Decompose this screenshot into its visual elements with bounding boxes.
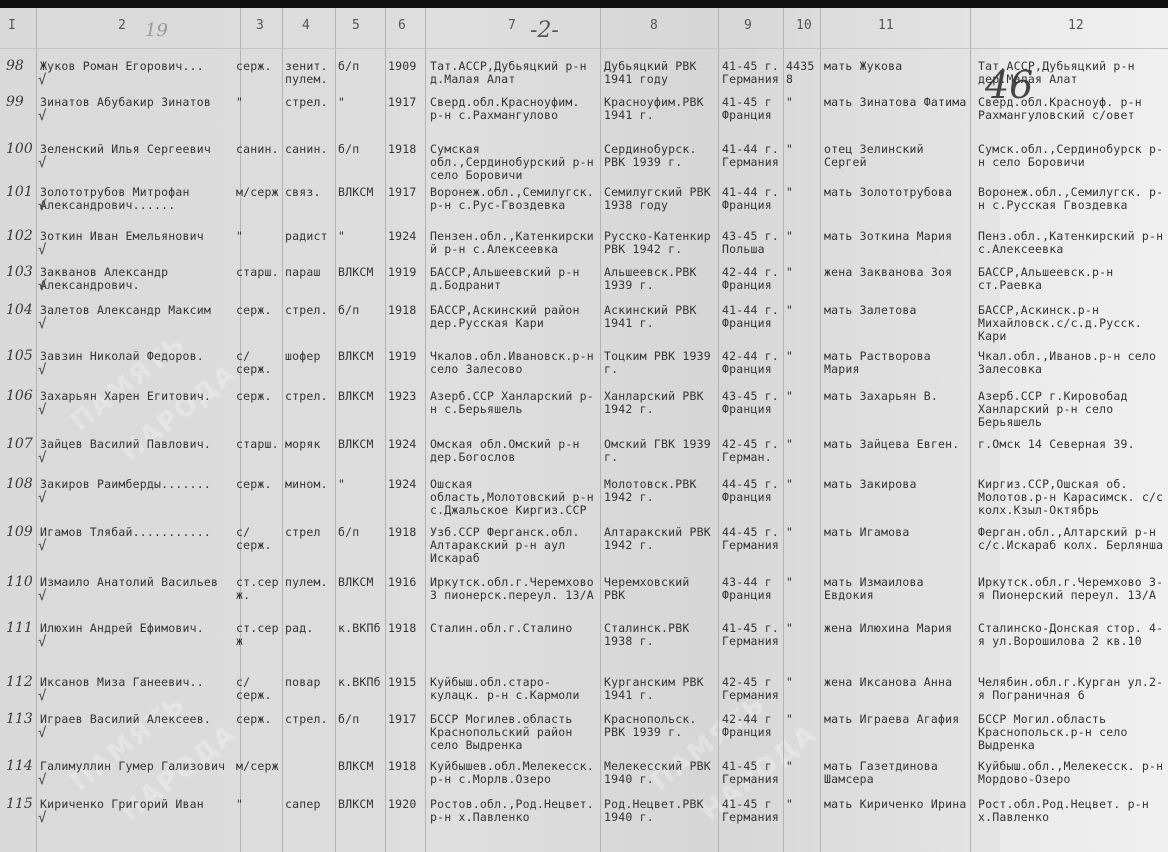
address-cell: Иркутск.обл.г.Черемхово 3-я Пионерский п… <box>978 576 1164 602</box>
birthplace-cell: Узб.ССР Ферганск.обл. Алтаракский р-н ау… <box>430 526 598 565</box>
relative-cell: отец Зелинский Сергей <box>824 143 970 169</box>
column10-cell: " <box>786 478 820 491</box>
rank-cell: ст.серж. <box>236 576 280 602</box>
relative-cell: мать Зинатова Фатима <box>824 96 970 109</box>
specialty-cell: стрел. <box>285 390 335 403</box>
draft-office-cell: Ханларский РВК 1942 г. <box>604 390 716 416</box>
draft-office-cell: Дубьяцкий РВК 1941 году <box>604 60 716 86</box>
name-cell: Залетов Александр Максим <box>40 304 230 317</box>
row-number: 106 <box>6 388 33 404</box>
column-number: 12 <box>1068 18 1084 33</box>
column-rule <box>718 8 719 852</box>
row-number: 113 <box>6 711 33 727</box>
birthplace-cell: Сталин.обл.г.Сталино <box>430 622 598 635</box>
address-cell: Сумск.обл.,Сердинобурск р-н село Борович… <box>978 143 1164 169</box>
relative-cell: жена Иксанова Анна <box>824 676 970 689</box>
name-cell: Зеленский Илья Сергеевич <box>40 143 230 156</box>
relative-cell: мать Захарьян В. <box>824 390 970 403</box>
rank-cell: ст.серж <box>236 622 280 648</box>
name-cell: Измаило Анатолий Васильев <box>40 576 230 589</box>
column10-cell: " <box>786 576 820 589</box>
name-cell: Играев Василий Алексеев. <box>40 713 230 726</box>
name-cell: Завзин Николай Федоров. <box>40 350 230 363</box>
party-cell: к.ВКПб <box>338 622 384 635</box>
draft-office-cell: Мелекесский РВК 1940 г. <box>604 760 716 786</box>
column-number: 5 <box>352 18 360 33</box>
draft-office-cell: Род.Нецвет.РВК 1940 г. <box>604 798 716 824</box>
draft-office-cell: Красноуфим.РВК 1941 г. <box>604 96 716 122</box>
column-rule <box>600 8 601 852</box>
party-cell: ВЛКСМ <box>338 438 384 451</box>
birthplace-cell: Сверд.обл.Красноуфим. р-н с.Рахмангулово <box>430 96 598 122</box>
specialty-cell: стрел <box>285 526 335 539</box>
name-cell: Захарьян Харен Егитович. <box>40 390 230 403</box>
address-cell: БАССР,Альшеевск.р-н ст.Раевка <box>978 266 1164 292</box>
column10-cell: " <box>786 526 820 539</box>
service-cell: 44-45 г. Франция <box>722 478 782 504</box>
party-cell: ВЛКСМ <box>338 576 384 589</box>
name-cell: Кириченко Григорий Иван <box>40 798 230 811</box>
draft-office-cell: Алтаракский РВК 1942 г. <box>604 526 716 552</box>
row-number: 100 <box>6 141 33 157</box>
column-rule <box>335 8 336 852</box>
address-cell: БАССР,Аскинск.р-н Михайловск.с/с.д.Русск… <box>978 304 1164 343</box>
service-cell: 43-45 г. Польша <box>722 230 782 256</box>
address-cell: Куйбыш.обл.,Мелекесск. р-н Мордово-Озеро <box>978 760 1164 786</box>
specialty-cell: шофер <box>285 350 335 363</box>
address-cell: г.Омск 14 Северная 39. <box>978 438 1164 451</box>
checkmark-icon: √ <box>38 108 46 124</box>
checkmark-icon: √ <box>38 772 46 788</box>
name-cell: Зинатов Абубакир Зинатов <box>40 96 230 109</box>
address-cell: Чкал.обл.,Иванов.р-н село Залесовка <box>978 350 1164 376</box>
party-cell: к.ВКПб <box>338 676 384 689</box>
relative-cell: мать Измаилова Евдокия <box>824 576 970 602</box>
relative-cell: мать Кириченко Ирина <box>824 798 970 811</box>
party-cell: " <box>338 230 384 243</box>
address-cell: Рост.обл.Род.Нецвет. р-н х.Павленко <box>978 798 1164 824</box>
service-cell: 44-45 г. Германия <box>722 526 782 552</box>
service-cell: 42-45 г Германия <box>722 676 782 702</box>
service-cell: 42-45 г. Герман. <box>722 438 782 464</box>
birth-year-cell: 1916 <box>388 576 424 589</box>
column10-cell: " <box>786 676 820 689</box>
rank-cell: м/серж <box>236 186 280 199</box>
column10-cell: " <box>786 798 820 811</box>
column10-cell: " <box>786 96 820 109</box>
column-rule <box>385 8 386 852</box>
specialty-cell: параш <box>285 266 335 279</box>
party-cell: б/п <box>338 304 384 317</box>
draft-office-cell: Курганским РВК 1941 г. <box>604 676 716 702</box>
specialty-cell: моряк <box>285 438 335 451</box>
relative-cell: мать Растворова Мария <box>824 350 970 376</box>
checkmark-icon: √ <box>38 155 46 171</box>
column-number: 4 <box>302 18 310 33</box>
rank-cell: с/серж. <box>236 676 280 702</box>
column-rule <box>425 8 426 852</box>
column10-cell: " <box>786 266 820 279</box>
specialty-cell: санин. <box>285 143 335 156</box>
draft-office-cell: Сердинобурск. РВК 1939 г. <box>604 143 716 169</box>
column10-cell: " <box>786 390 820 403</box>
service-cell: 41-45 г Германия <box>722 760 782 786</box>
relative-cell: мать Играева Агафия <box>824 713 970 726</box>
column-rule <box>282 8 283 852</box>
draft-office-cell: Краснопольск. РВК 1939 г. <box>604 713 716 739</box>
checkmark-icon: √ <box>38 450 46 466</box>
archival-document-page: ПАМЯТЬ НАРОДА ПАМЯТЬ НАРОДА ПАМЯТЬ НАРОД… <box>0 8 1168 852</box>
birthplace-cell: Воронеж.обл.,Семилугск. р-н с.Рус-Гвозде… <box>430 186 598 212</box>
relative-cell: жена Илюхина Мария <box>824 622 970 635</box>
column-rule <box>820 8 821 852</box>
specialty-cell: мином. <box>285 478 335 491</box>
name-cell: Золототрубов Митрофан Александрович.....… <box>40 186 230 212</box>
name-cell: Закиров Раимберды....... <box>40 478 230 491</box>
service-cell: 42-44 г. Франция <box>722 350 782 376</box>
name-cell: Зоткин Иван Емельянович <box>40 230 230 243</box>
birthplace-cell: Азерб.ССР Ханларский р-н с.Берьяшель <box>430 390 598 416</box>
checkmark-icon: √ <box>38 362 46 378</box>
service-cell: 41-44 г. Германия <box>722 143 782 169</box>
rank-cell: серж. <box>236 304 280 317</box>
row-number: 102 <box>6 228 33 244</box>
column-number: 11 <box>878 18 894 33</box>
address-cell: Сталинско-Донская стор. 4-я ул.Ворошилов… <box>978 622 1164 648</box>
service-cell: 42-44 г Франция <box>722 713 782 739</box>
draft-office-cell: Тоцким РВК 1939 г. <box>604 350 716 376</box>
draft-office-cell: Семилугский РВК 1938 году <box>604 186 716 212</box>
column10-cell: " <box>786 622 820 635</box>
row-number: 101 <box>6 184 33 200</box>
address-cell: Ферган.обл.,Алтарский р-н с/с.Искараб ко… <box>978 526 1164 552</box>
specialty-cell: повар <box>285 676 335 689</box>
specialty-cell: радист <box>285 230 335 243</box>
row-number: 105 <box>6 348 33 364</box>
address-cell: Воронеж.обл.,Семилугск. р-н с.Русская Гв… <box>978 186 1164 212</box>
birth-year-cell: 1924 <box>388 478 424 491</box>
row-number: 99 <box>6 94 24 110</box>
relative-cell: мать Зайцева Евген. <box>824 438 970 451</box>
handwritten-header-note: 19 <box>145 20 168 41</box>
row-number: 114 <box>6 758 33 774</box>
row-number: 98 <box>6 58 24 74</box>
birth-year-cell: 1918 <box>388 760 424 773</box>
service-cell: 41-45 г. Германия <box>722 60 782 86</box>
birthplace-cell: БАССР,Аскинский район дер.Русская Кари <box>430 304 598 330</box>
column10-cell: " <box>786 438 820 451</box>
party-cell: " <box>338 478 384 491</box>
checkmark-icon: √ <box>38 72 46 88</box>
service-cell: 43-45 г. Франция <box>722 390 782 416</box>
checkmark-icon: √ <box>38 538 46 554</box>
checkmark-icon: √ <box>38 688 46 704</box>
birth-year-cell: 1919 <box>388 350 424 363</box>
row-number: 115 <box>6 796 33 812</box>
birth-year-cell: 1915 <box>388 676 424 689</box>
birth-year-cell: 1920 <box>388 798 424 811</box>
rank-cell: старш. <box>236 266 280 279</box>
birth-year-cell: 1924 <box>388 230 424 243</box>
address-cell: БССР Могил.область Краснопольск.р-н село… <box>978 713 1164 752</box>
specialty-cell: стрел. <box>285 304 335 317</box>
column-number: 6 <box>398 18 406 33</box>
row-number: 107 <box>6 436 33 452</box>
birth-year-cell: 1919 <box>388 266 424 279</box>
birthplace-cell: Сумская обл.,Сердинобурский р-н село Бор… <box>430 143 598 182</box>
birth-year-cell: 1917 <box>388 96 424 109</box>
draft-office-cell: Черемховский РВК <box>604 576 716 602</box>
birthplace-cell: Куйбыш.обл.старо-кулацк. р-н с.Кармоли <box>430 676 598 702</box>
relative-cell: мать Жукова <box>824 60 970 73</box>
address-cell: Пенз.обл.,Катенкирский р-н с.Алексеевка <box>978 230 1164 256</box>
birth-year-cell: 1917 <box>388 713 424 726</box>
checkmark-icon: √ <box>38 316 46 332</box>
relative-cell: мать Газетдинова Шамсера <box>824 760 970 786</box>
checkmark-icon: √ <box>38 725 46 741</box>
specialty-cell: стрел. <box>285 96 335 109</box>
birthplace-cell: Омская обл.Омский р-н дер.Богослов <box>430 438 598 464</box>
address-cell: Челябин.обл.г.Курган ул.2-я Пограничная … <box>978 676 1164 702</box>
column-number: 10 <box>796 18 812 33</box>
name-cell: Зайцев Василий Павлович. <box>40 438 230 451</box>
relative-cell: мать Игамова <box>824 526 970 539</box>
rank-cell: санин. <box>236 143 280 156</box>
party-cell: ВЛКСМ <box>338 186 384 199</box>
birthplace-cell: Пензен.обл.,Катенкирский р-н с.Алексеевк… <box>430 230 598 256</box>
name-cell: Закванов Александр Александрович. <box>40 266 230 292</box>
draft-office-cell: Молотовск.РВК 1942 г. <box>604 478 716 504</box>
service-cell: 43-44 г Франция <box>722 576 782 602</box>
birth-year-cell: 1909 <box>388 60 424 73</box>
column-number: I <box>8 18 16 33</box>
birth-year-cell: 1917 <box>388 186 424 199</box>
rank-cell: серж. <box>236 713 280 726</box>
service-cell: 41-45 г Франция <box>722 96 782 122</box>
party-cell: ВЛКСМ <box>338 266 384 279</box>
checkmark-icon: √ <box>38 810 46 826</box>
column10-cell: " <box>786 350 820 363</box>
draft-office-cell: Альшеевск.РВК 1939 г. <box>604 266 716 292</box>
relative-cell: мать Закирова <box>824 478 970 491</box>
scan-top-border <box>0 0 1168 8</box>
column-rule <box>970 8 971 852</box>
address-cell: Тат.АССР,Дубьяцкий р-н дер.Малая Алат <box>978 60 1164 86</box>
party-cell: ВЛКСМ <box>338 798 384 811</box>
page-mark: -2- <box>530 18 559 43</box>
address-cell: Сверд.обл.Красноуф. р-н Рахмангуловский … <box>978 96 1164 122</box>
draft-office-cell: Русско-Катенкир РВК 1942 г. <box>604 230 716 256</box>
rank-cell: м/серж <box>236 760 280 773</box>
birthplace-cell: Ростов.обл.,Род.Нецвет. р-н х.Павленко <box>430 798 598 824</box>
checkmark-icon: √ <box>38 588 46 604</box>
birth-year-cell: 1918 <box>388 304 424 317</box>
column10-cell: " <box>786 186 820 199</box>
rank-cell: с/серж. <box>236 350 280 376</box>
name-cell: Галимуллин Гумер Гализович <box>40 760 230 773</box>
specialty-cell: пулем. <box>285 576 335 589</box>
party-cell: " <box>338 96 384 109</box>
party-cell: б/п <box>338 143 384 156</box>
service-cell: 42-44 г. Франция <box>722 266 782 292</box>
column-number: 7 <box>508 18 516 33</box>
column-number: 9 <box>744 18 752 33</box>
rank-cell: " <box>236 230 280 243</box>
birthplace-cell: Тат.АССР,Дубьяцкий р-н д.Малая Алат <box>430 60 598 86</box>
birthplace-cell: Чкалов.обл.Ивановск.р-н село Залесово <box>430 350 598 376</box>
name-cell: Жуков Роман Егорович... <box>40 60 230 73</box>
column10-cell: " <box>786 713 820 726</box>
draft-office-cell: Омский ГВК 1939 г. <box>604 438 716 464</box>
party-cell: ВЛКСМ <box>338 390 384 403</box>
party-cell: б/п <box>338 526 384 539</box>
row-number: 112 <box>6 674 33 690</box>
column-number: 2 <box>118 18 126 33</box>
service-cell: 41-45 г. Германия <box>722 622 782 648</box>
rank-cell: серж. <box>236 390 280 403</box>
birthplace-cell: Куйбышев.обл.Мелекесск. р-н с.Морлв.Озер… <box>430 760 598 786</box>
relative-cell: мать Золототрубова <box>824 186 970 199</box>
row-number: 110 <box>6 574 33 590</box>
birth-year-cell: 1924 <box>388 438 424 451</box>
party-cell: ВЛКСМ <box>338 350 384 363</box>
row-number: 104 <box>6 302 33 318</box>
rank-cell: серж. <box>236 478 280 491</box>
relative-cell: жена Закванова Зоя <box>824 266 970 279</box>
service-cell: 41-44 г. Франция <box>722 186 782 212</box>
checkmark-icon: √ <box>38 402 46 418</box>
birthplace-cell: БАССР,Альшеевский р-н д.Бодранит <box>430 266 598 292</box>
row-number: 111 <box>6 620 33 636</box>
address-cell: Азерб.ССР г.Кировобад Ханларский р-н сел… <box>978 390 1164 429</box>
row-number: 103 <box>6 264 33 280</box>
birthplace-cell: Ошская область,Молотовский р-н с.Джальск… <box>430 478 598 517</box>
header-rule <box>0 48 1168 49</box>
column10-cell: " <box>786 760 820 773</box>
draft-office-cell: Сталинск.РВК 1938 г. <box>604 622 716 648</box>
birth-year-cell: 1918 <box>388 143 424 156</box>
birth-year-cell: 1923 <box>388 390 424 403</box>
specialty-cell: сапер <box>285 798 335 811</box>
rank-cell: " <box>236 798 280 811</box>
birthplace-cell: БССР Могилев.область Краснопольский райо… <box>430 713 598 752</box>
relative-cell: мать Залетова <box>824 304 970 317</box>
column10-cell: " <box>786 304 820 317</box>
column10-cell: " <box>786 143 820 156</box>
name-cell: Игамов Тлябай........... <box>40 526 230 539</box>
birthplace-cell: Иркутск.обл.г.Черемхово 3 пионерск.переу… <box>430 576 598 602</box>
party-cell: ВЛКСМ <box>338 760 384 773</box>
specialty-cell: рад. <box>285 622 335 635</box>
party-cell: б/п <box>338 60 384 73</box>
rank-cell: серж. <box>236 60 280 73</box>
checkmark-icon: √ <box>38 634 46 650</box>
relative-cell: мать Зоткина Мария <box>824 230 970 243</box>
row-number: 108 <box>6 476 33 492</box>
rank-cell: старш. <box>236 438 280 451</box>
column-number: 8 <box>650 18 658 33</box>
draft-office-cell: Аскинский РВК 1941 г. <box>604 304 716 330</box>
column-rule <box>783 8 784 852</box>
birth-year-cell: 1918 <box>388 622 424 635</box>
column10-cell: " <box>786 230 820 243</box>
service-cell: 41-44 г. Франция <box>722 304 782 330</box>
name-cell: Иксанов Миза Ганеевич.. <box>40 676 230 689</box>
checkmark-icon: √ <box>38 490 46 506</box>
specialty-cell: стрел. <box>285 713 335 726</box>
specialty-cell: связ. <box>285 186 335 199</box>
column-number: 3 <box>256 18 264 33</box>
row-number: 109 <box>6 524 33 540</box>
name-cell: Илюхин Андрей Ефимович. <box>40 622 230 635</box>
party-cell: б/п <box>338 713 384 726</box>
column-rule <box>36 8 37 852</box>
birth-year-cell: 1918 <box>388 526 424 539</box>
checkmark-icon: √ <box>38 242 46 258</box>
service-cell: 41-45 г Германия <box>722 798 782 824</box>
rank-cell: с/серж. <box>236 526 280 552</box>
specialty-cell: зенит. пулем. <box>285 60 335 86</box>
rank-cell: " <box>236 96 280 109</box>
address-cell: Киргиз.ССР,Ошская об. Молотов.р-н Караси… <box>978 478 1164 517</box>
column10-cell: 44358 <box>786 60 820 86</box>
